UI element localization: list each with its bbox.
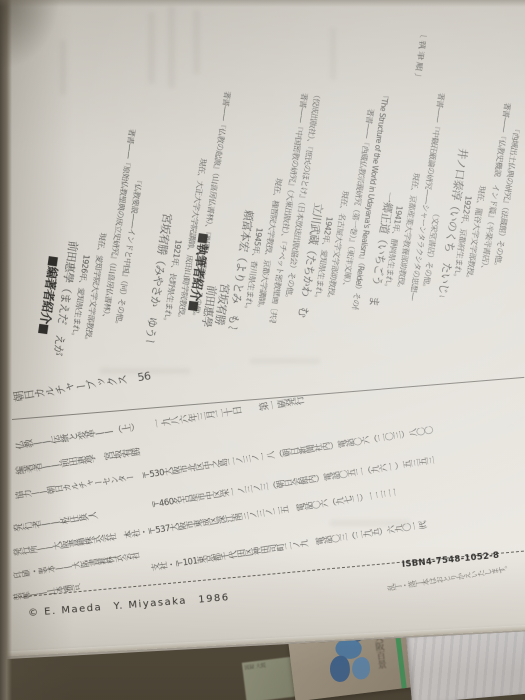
top-edge-shadow bbox=[0, 0, 525, 7]
cover-title: 大阪百景 bbox=[372, 633, 387, 686]
ghost-text bbox=[148, 12, 155, 84]
book-photo: ■編著者紹介■ 前田惠學（まえだ えがく） 1926年、愛知県生まれ。 現在、愛… bbox=[0, 0, 525, 700]
ghost-text bbox=[193, 10, 200, 74]
left-page-edge-shadow bbox=[0, 0, 12, 700]
page bbox=[0, 0, 525, 700]
ghost-text bbox=[330, 28, 336, 80]
ghost-text bbox=[250, 358, 320, 364]
cover-art bbox=[351, 656, 372, 680]
ghost-text bbox=[60, 40, 66, 95]
ghost-text bbox=[168, 6, 175, 88]
cover-art bbox=[328, 655, 351, 683]
corner-shadow bbox=[0, 0, 60, 70]
